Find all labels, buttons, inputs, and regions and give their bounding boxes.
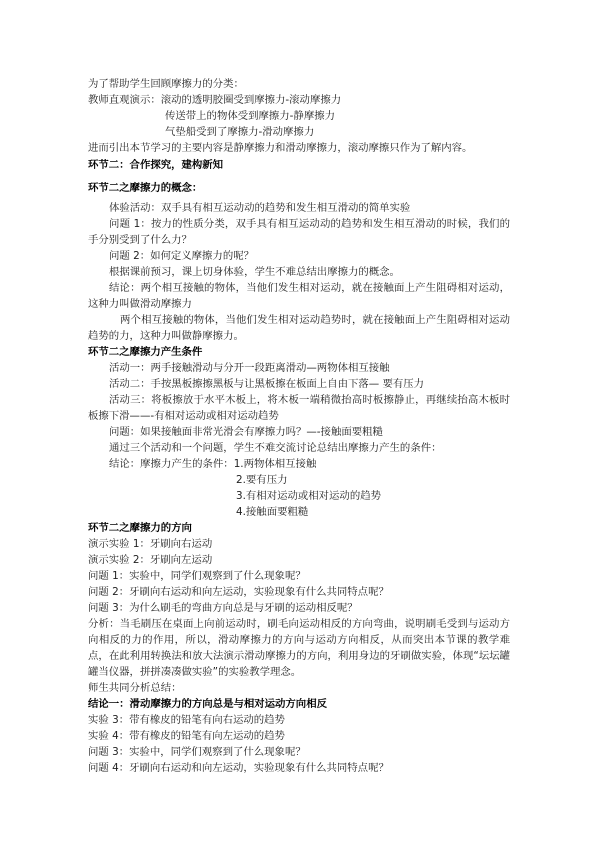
condition-item: 2.要有压力	[88, 472, 510, 488]
paragraph: 实验 4：带有橡皮的铅笔有向左运动的趋势	[88, 728, 510, 744]
paragraph: 问题 3：实验中，同学们观察到了什么现象呢？	[88, 744, 510, 760]
subsection-heading: 环节二之摩擦力的方向	[88, 520, 510, 536]
demo-label: 教师直观演示：	[88, 94, 161, 106]
demo-line-1: 教师直观演示：滚动的透明胶圈受到摩擦力-滚动摩擦力	[88, 92, 510, 108]
condition-item: 1.两物体相互接触	[234, 458, 317, 470]
section-heading: 环节二：合作探究，建构新知	[88, 157, 510, 173]
demo-item: 滚动的透明胶圈受到摩擦力-滚动摩擦力	[161, 94, 341, 106]
paragraph: 问题 4：牙刷向右运动和向左运动，实验现象有什么共同特点呢？	[88, 760, 510, 776]
paragraph: 活动二：手按黑板擦擦黑板与让黑板擦在板面上自由下落— 要有压力	[88, 376, 510, 392]
paragraph: 体验活动：双手具有相互运动动的趋势和发生相互滑动的简单实验	[88, 200, 510, 216]
paragraph: 问题 3：为什么刷毛的弯曲方向总是与牙刷的运动相反呢？	[88, 600, 510, 616]
paragraph: 实验 3：带有橡皮的铅笔有向右运动的趋势	[88, 712, 510, 728]
analysis-paragraph: 分析：当毛刷压在桌面上向前运动时，刷毛向运动相反的方向弯曲，说明刷毛受到与运动方…	[88, 616, 510, 680]
subsection-heading: 环节二之摩擦力产生条件	[88, 344, 510, 360]
paragraph: 问题 1：按力的性质分类，双手具有相互运动动的趋势和发生相互滑动的时候，我们的手…	[88, 216, 510, 248]
paragraph: 演示实验 1：牙刷向右运动	[88, 536, 510, 552]
paragraph: 两个相互接触的物体，当他们发生相对运动趋势时，就在接触面上产生阻碍相对运动趋势的…	[88, 312, 510, 344]
lead-paragraph: 进而引出本节学习的主要内容是静摩擦力和滑动摩擦力，滚动摩擦只作为了解内容。	[88, 140, 510, 156]
paragraph: 师生共同分析总结：	[88, 680, 510, 696]
conclusion-label: 结论：摩擦力产生的条件：	[109, 458, 234, 470]
paragraph: 问题 2：牙刷向右运动和向左运动，实验现象有什么共同特点呢？	[88, 584, 510, 600]
paragraph: 问题 1：实验中，同学们观察到了什么现象呢？	[88, 568, 510, 584]
paragraph: 问题 2：如何定义摩擦力的呢？	[88, 248, 510, 264]
paragraph: 通过三个活动和一个问题，学生不难交流讨论总结出摩擦力产生的条件：	[88, 440, 510, 456]
intro-line: 为了帮助学生回顾摩擦力的分类：	[88, 76, 510, 92]
condition-item: 4.接触面要粗糙	[88, 504, 510, 520]
paragraph: 演示实验 2：牙刷向左运动	[88, 552, 510, 568]
paragraph: 活动一：两手接触滑动与分开一段距离滑动—两物体相互接触	[88, 360, 510, 376]
conditions-line: 结论：摩擦力产生的条件：1.两物体相互接触	[88, 456, 510, 472]
demo-item: 气垫船受到了摩擦力-滑动摩擦力	[88, 124, 510, 140]
document-page: 为了帮助学生回顾摩擦力的分类： 教师直观演示：滚动的透明胶圈受到摩擦力-滚动摩擦…	[88, 76, 510, 776]
conclusion-heading: 结论一：滑动摩擦力的方向总是与相对运动方向相反	[88, 696, 510, 712]
subsection-heading: 环节二之摩擦力的概念：	[88, 180, 510, 196]
condition-item: 3.有相对运动或相对运动的趋势	[88, 488, 510, 504]
paragraph: 根据课前预习，课上切身体验，学生不难总结出摩擦力的概念。	[88, 264, 510, 280]
paragraph: 问题：如果接触面非常光滑会有摩擦力吗？—-接触面要粗糙	[88, 424, 510, 440]
demo-item: 传送带上的物体受到摩擦力-静摩擦力	[88, 108, 510, 124]
paragraph: 活动三：将板擦放于水平木板上，将木板一端稍微抬高时板擦静止，再继续抬高木板时板擦…	[88, 392, 510, 424]
paragraph: 结论：两个相互接触的物体，当他们发生相对运动，就在接触面上产生阻碍相对运动，这种…	[88, 280, 510, 312]
